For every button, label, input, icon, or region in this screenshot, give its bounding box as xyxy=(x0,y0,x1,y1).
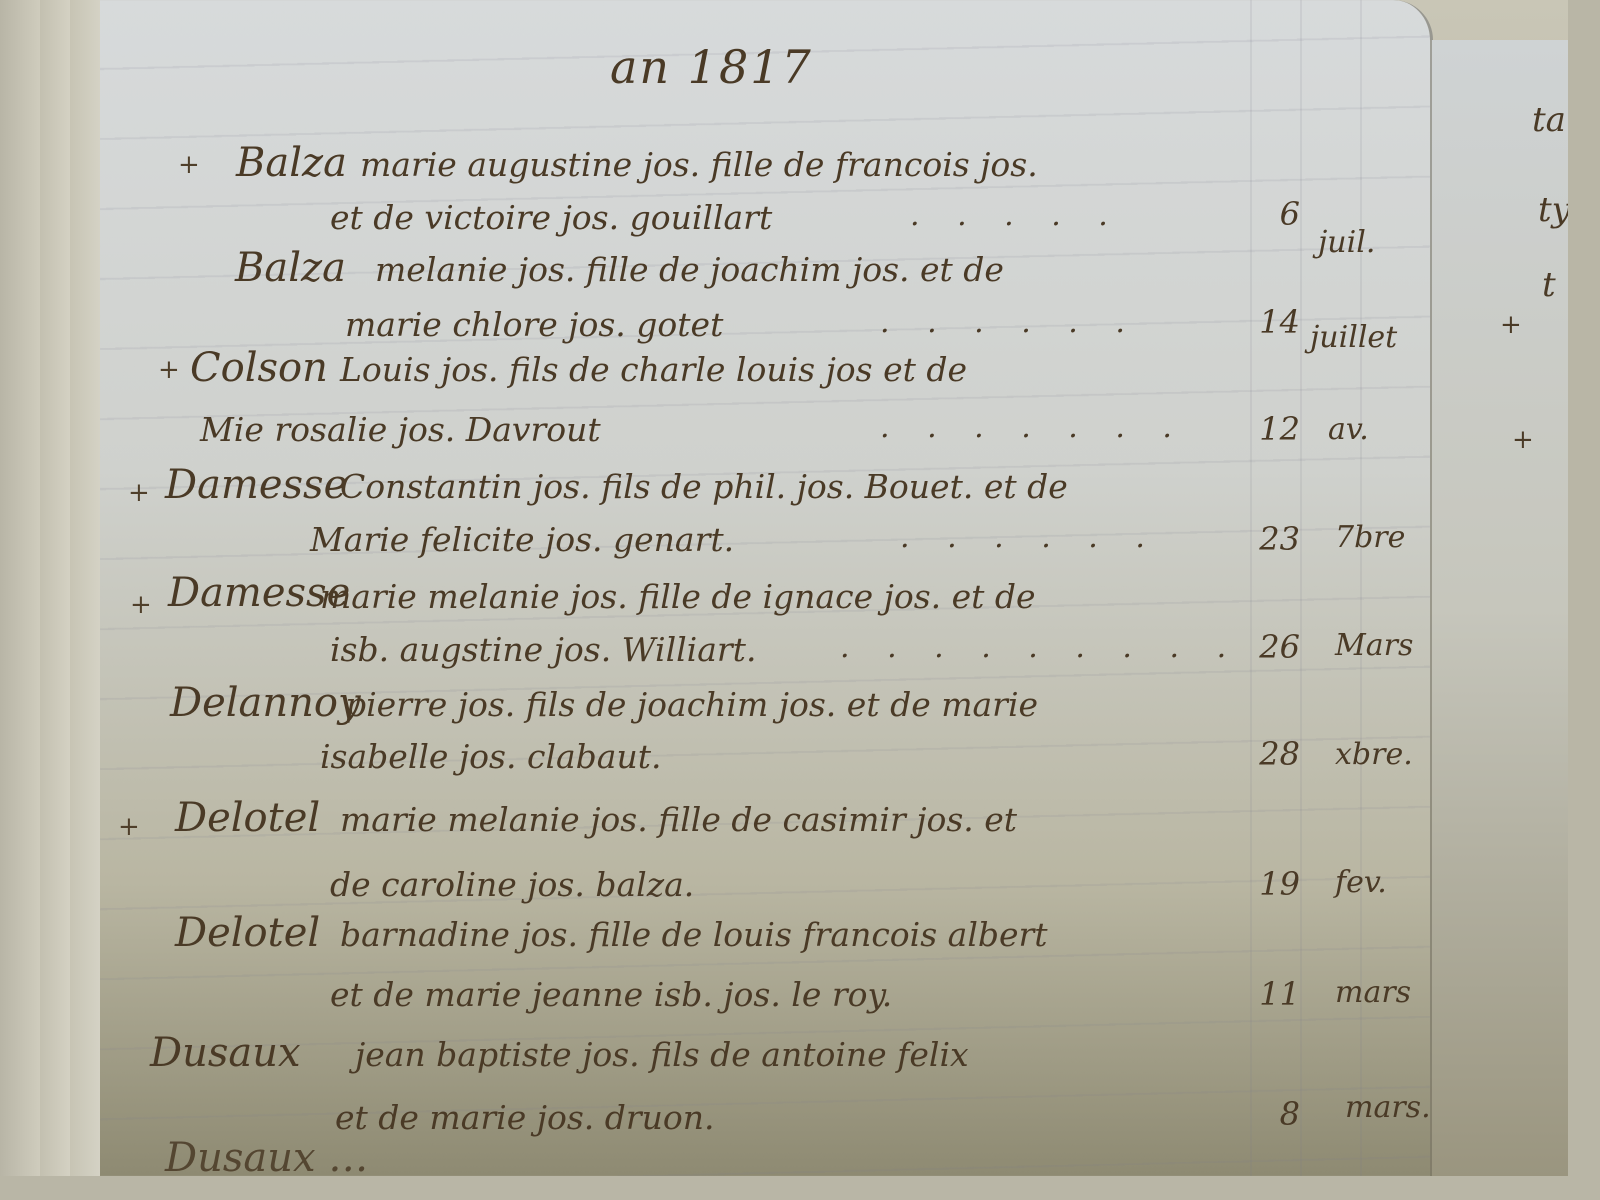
entry-surname: Balza xyxy=(236,140,347,186)
entry-line-1: melanie jos. fille de joachim jos. et de xyxy=(375,250,1004,289)
entry-line-1: pierre jos. fils de joachim jos. et de m… xyxy=(345,685,1038,724)
entry-month: juillet xyxy=(1310,320,1397,355)
entry-line-2: et de victoire jos. gouillart xyxy=(330,198,772,237)
entry-month: mars. xyxy=(1345,1090,1431,1125)
deceased-cross-mark: + xyxy=(128,478,150,508)
entry-surname: Delannoy xyxy=(170,680,361,726)
leader-dots: . . . . . . . . . xyxy=(840,630,1240,665)
entry-line-2: isb. augstine jos. Williart. xyxy=(330,630,756,669)
entry-line-1: Louis jos. fils de charle louis jos et d… xyxy=(340,350,967,389)
entry-month: av. xyxy=(1328,412,1369,447)
entry-surname-partial: Dusaux … xyxy=(165,1135,368,1176)
deceased-cross-mark: + xyxy=(178,150,200,180)
deceased-cross-mark: + xyxy=(158,355,180,385)
leader-dots: . . . . . . xyxy=(880,305,1139,340)
entry-surname: Balza xyxy=(235,245,346,291)
cross-mark: + xyxy=(1512,425,1534,455)
entry-line-2: et de marie jeanne isb. jos. le roy. xyxy=(330,975,892,1014)
entry-surname: Delotel xyxy=(175,910,320,956)
entry-month: Mars xyxy=(1335,628,1413,663)
entry-day: 6 xyxy=(1240,195,1300,233)
entry-line-1: marie melanie jos. fille de casimir jos.… xyxy=(340,800,1017,839)
entry-surname: Delotel xyxy=(175,795,320,841)
entry-line-1: jean baptiste jos. fils de antoine felix xyxy=(355,1035,969,1074)
fragment-text: ta xyxy=(1532,100,1566,140)
entry-day: 23 xyxy=(1240,520,1300,558)
entry-line-2: de caroline jos. balza. xyxy=(330,865,694,904)
leader-dots: . . . . . xyxy=(910,198,1122,233)
entry-day: 12 xyxy=(1240,410,1300,448)
entry-line-1: Constantin jos. fils de phil. jos. Bouet… xyxy=(340,467,1068,506)
entry-month: 7bre xyxy=(1335,520,1405,555)
entry-line-2: Marie felicite jos. genart. xyxy=(310,520,734,559)
entry-day: 28 xyxy=(1240,735,1300,773)
entry-surname: Dusaux xyxy=(150,1030,301,1076)
entry-line-1: barnadine jos. fille de louis francois a… xyxy=(340,915,1048,954)
deceased-cross-mark: + xyxy=(118,812,140,842)
entry-line-1: marie augustine jos. fille de francois j… xyxy=(360,145,1038,184)
entry-surname: Colson xyxy=(190,345,328,391)
entry-surname: Damesse xyxy=(165,462,347,508)
entry-line-2: Mie rosalie jos. Davrout xyxy=(200,410,601,449)
entry-month: fev. xyxy=(1335,865,1387,900)
ruled-column-line xyxy=(1300,0,1302,1176)
fragment-text: ty xyxy=(1538,190,1568,230)
leader-dots: . . . . . . xyxy=(900,520,1159,555)
entry-day: 14 xyxy=(1240,303,1300,341)
photo-scene: ta ty t + + an 1817 + Balza marie august… xyxy=(0,0,1568,1176)
entry-month: mars xyxy=(1335,975,1411,1010)
entry-month: juil. xyxy=(1318,225,1375,260)
entry-day: 19 xyxy=(1240,865,1300,903)
entry-line-2: marie chlore jos. gotet xyxy=(345,305,723,344)
entry-month: xbre. xyxy=(1335,737,1413,772)
entry-day: 8 xyxy=(1240,1095,1300,1133)
book-edge xyxy=(0,0,42,1176)
entry-line-1: marie melanie jos. fille de ignace jos. … xyxy=(320,577,1036,616)
cross-mark: + xyxy=(1500,310,1522,340)
deceased-cross-mark: + xyxy=(130,590,152,620)
entry-day: 26 xyxy=(1240,628,1300,666)
facing-page-fragment: ta ty t + + xyxy=(1430,40,1568,1176)
entry-line-2: isabelle jos. clabaut. xyxy=(320,737,661,776)
fragment-text: t xyxy=(1542,265,1556,305)
leader-dots: . . . . . . . xyxy=(880,410,1186,445)
entry-line-2: et de marie jos. druon. xyxy=(335,1098,715,1137)
page-title: an 1817 xyxy=(610,40,813,94)
book-edge xyxy=(40,0,72,1176)
entry-day: 11 xyxy=(1240,975,1300,1013)
